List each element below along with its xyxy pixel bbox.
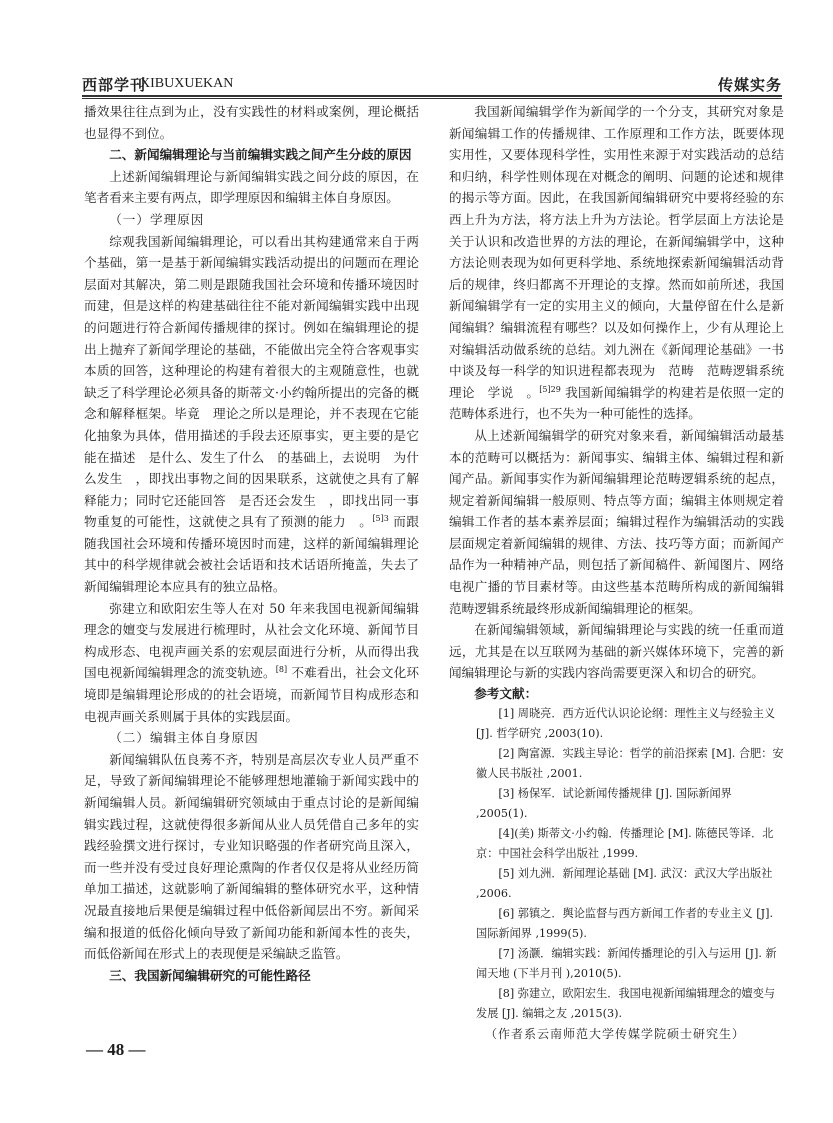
- references-title: 参考文献：: [449, 684, 784, 704]
- page-number: — 48 —: [86, 1040, 146, 1060]
- paragraph: 播效果往往点到为止，没有实践性的材料或案例，理论概括也显得不到位。: [84, 101, 419, 144]
- subsection-heading-1: （一）学理原因: [84, 209, 419, 231]
- reference-item: [5] 刘九洲．新闻理论基础 [M]. 武汉：武汉大学出版社 ,2006.: [449, 864, 784, 904]
- left-column: 播效果往往点到为止，没有实践性的材料或案例，理论概括也显得不到位。 二、新闻编辑…: [84, 101, 419, 986]
- citation: [8]: [276, 665, 287, 674]
- paragraph: 从上述新闻编辑学的研究对象来看，新闻编辑活动最基本的范畴可以概括为：新闻事实、编…: [449, 425, 784, 619]
- header-rule-thick: [82, 95, 782, 97]
- reference-item: [2] 陶富源．实践主导论：哲学的前沿探索 [M]. 合肥：安徽人民书版社 ,2…: [449, 744, 784, 784]
- author-note: （作者系云南师范大学传媒学院硕士研究生）: [449, 1024, 784, 1044]
- reference-item: [7] 汤灏．编辑实践：新闻传播理论的引入与运用 [J]. 新闻天地 (下半月刊…: [449, 944, 784, 984]
- reference-item: [3] 杨保军．试论新闻传播规律 [J]. 国际新闻界 ,2005(1).: [449, 784, 784, 824]
- journal-name-cn: 西部学刊: [82, 74, 146, 95]
- header-rule-thin: [82, 98, 782, 99]
- paragraph: 综观我国新闻编辑理论，可以看出其构建通常来自于两个基础，第一是基于新闻编辑实践活…: [84, 231, 419, 598]
- reference-item: [4](美) 斯蒂文·小约翰．传播理论 [M]. 陈德民等译．北京：中国社会科学…: [449, 824, 784, 864]
- right-column: 我国新闻编辑学作为新闻学的一个分支，其研究对象是新闻编辑工作的传播规律、工作原理…: [449, 101, 784, 1044]
- reference-item: [1] 周晓亮．西方近代认识论论纲：理性主义与经验主义 [J]. 哲学研究 ,2…: [449, 704, 784, 744]
- paragraph: 我国新闻编辑学作为新闻学的一个分支，其研究对象是新闻编辑工作的传播规律、工作原理…: [449, 101, 784, 425]
- paragraph: 弥建立和欧阳宏生等人在对 50 年来我国电视新闻编辑理念的嬗变与发展进行梳理时，…: [84, 598, 419, 728]
- section-heading-3: 三、我国新闻编辑研究的可能性路径: [84, 965, 419, 987]
- paragraph: 上述新闻编辑理论与新闻编辑实践之间分歧的原因，在笔者看来主要有两点，即学理原因和…: [84, 166, 419, 209]
- section-heading-2: 二、新闻编辑理论与当前编辑实践之间产生分歧的原因: [84, 144, 419, 166]
- reference-item: [8] 弥建立，欧阳宏生．我国电视新闻编辑理念的嬗变与发展 [J]. 编辑之友 …: [449, 984, 784, 1024]
- section-name: 传媒实务: [718, 74, 782, 95]
- reference-item: [6] 郭镇之．舆论监督与西方新闻工作者的专业主义 [J]. 国际新闻界 ,19…: [449, 904, 784, 944]
- citation: [5]29: [539, 385, 561, 394]
- subsection-heading-2: （二）编辑主体自身原因: [84, 727, 419, 749]
- citation: [5]3: [372, 514, 388, 523]
- running-header: 西部学刊 XIBUXUEKAN 传媒实务: [82, 74, 782, 96]
- paragraph: 新闻编辑队伍良莠不齐，特别是高层次专业人员严重不足，导致了新闻编辑理论不能够理想…: [84, 749, 419, 965]
- journal-name-en: XIBUXUEKAN: [140, 76, 233, 92]
- paragraph: 在新闻编辑领域，新闻编辑理论与实践的统一任重而道远，尤其是在以互联网为基础的新兴…: [449, 619, 784, 684]
